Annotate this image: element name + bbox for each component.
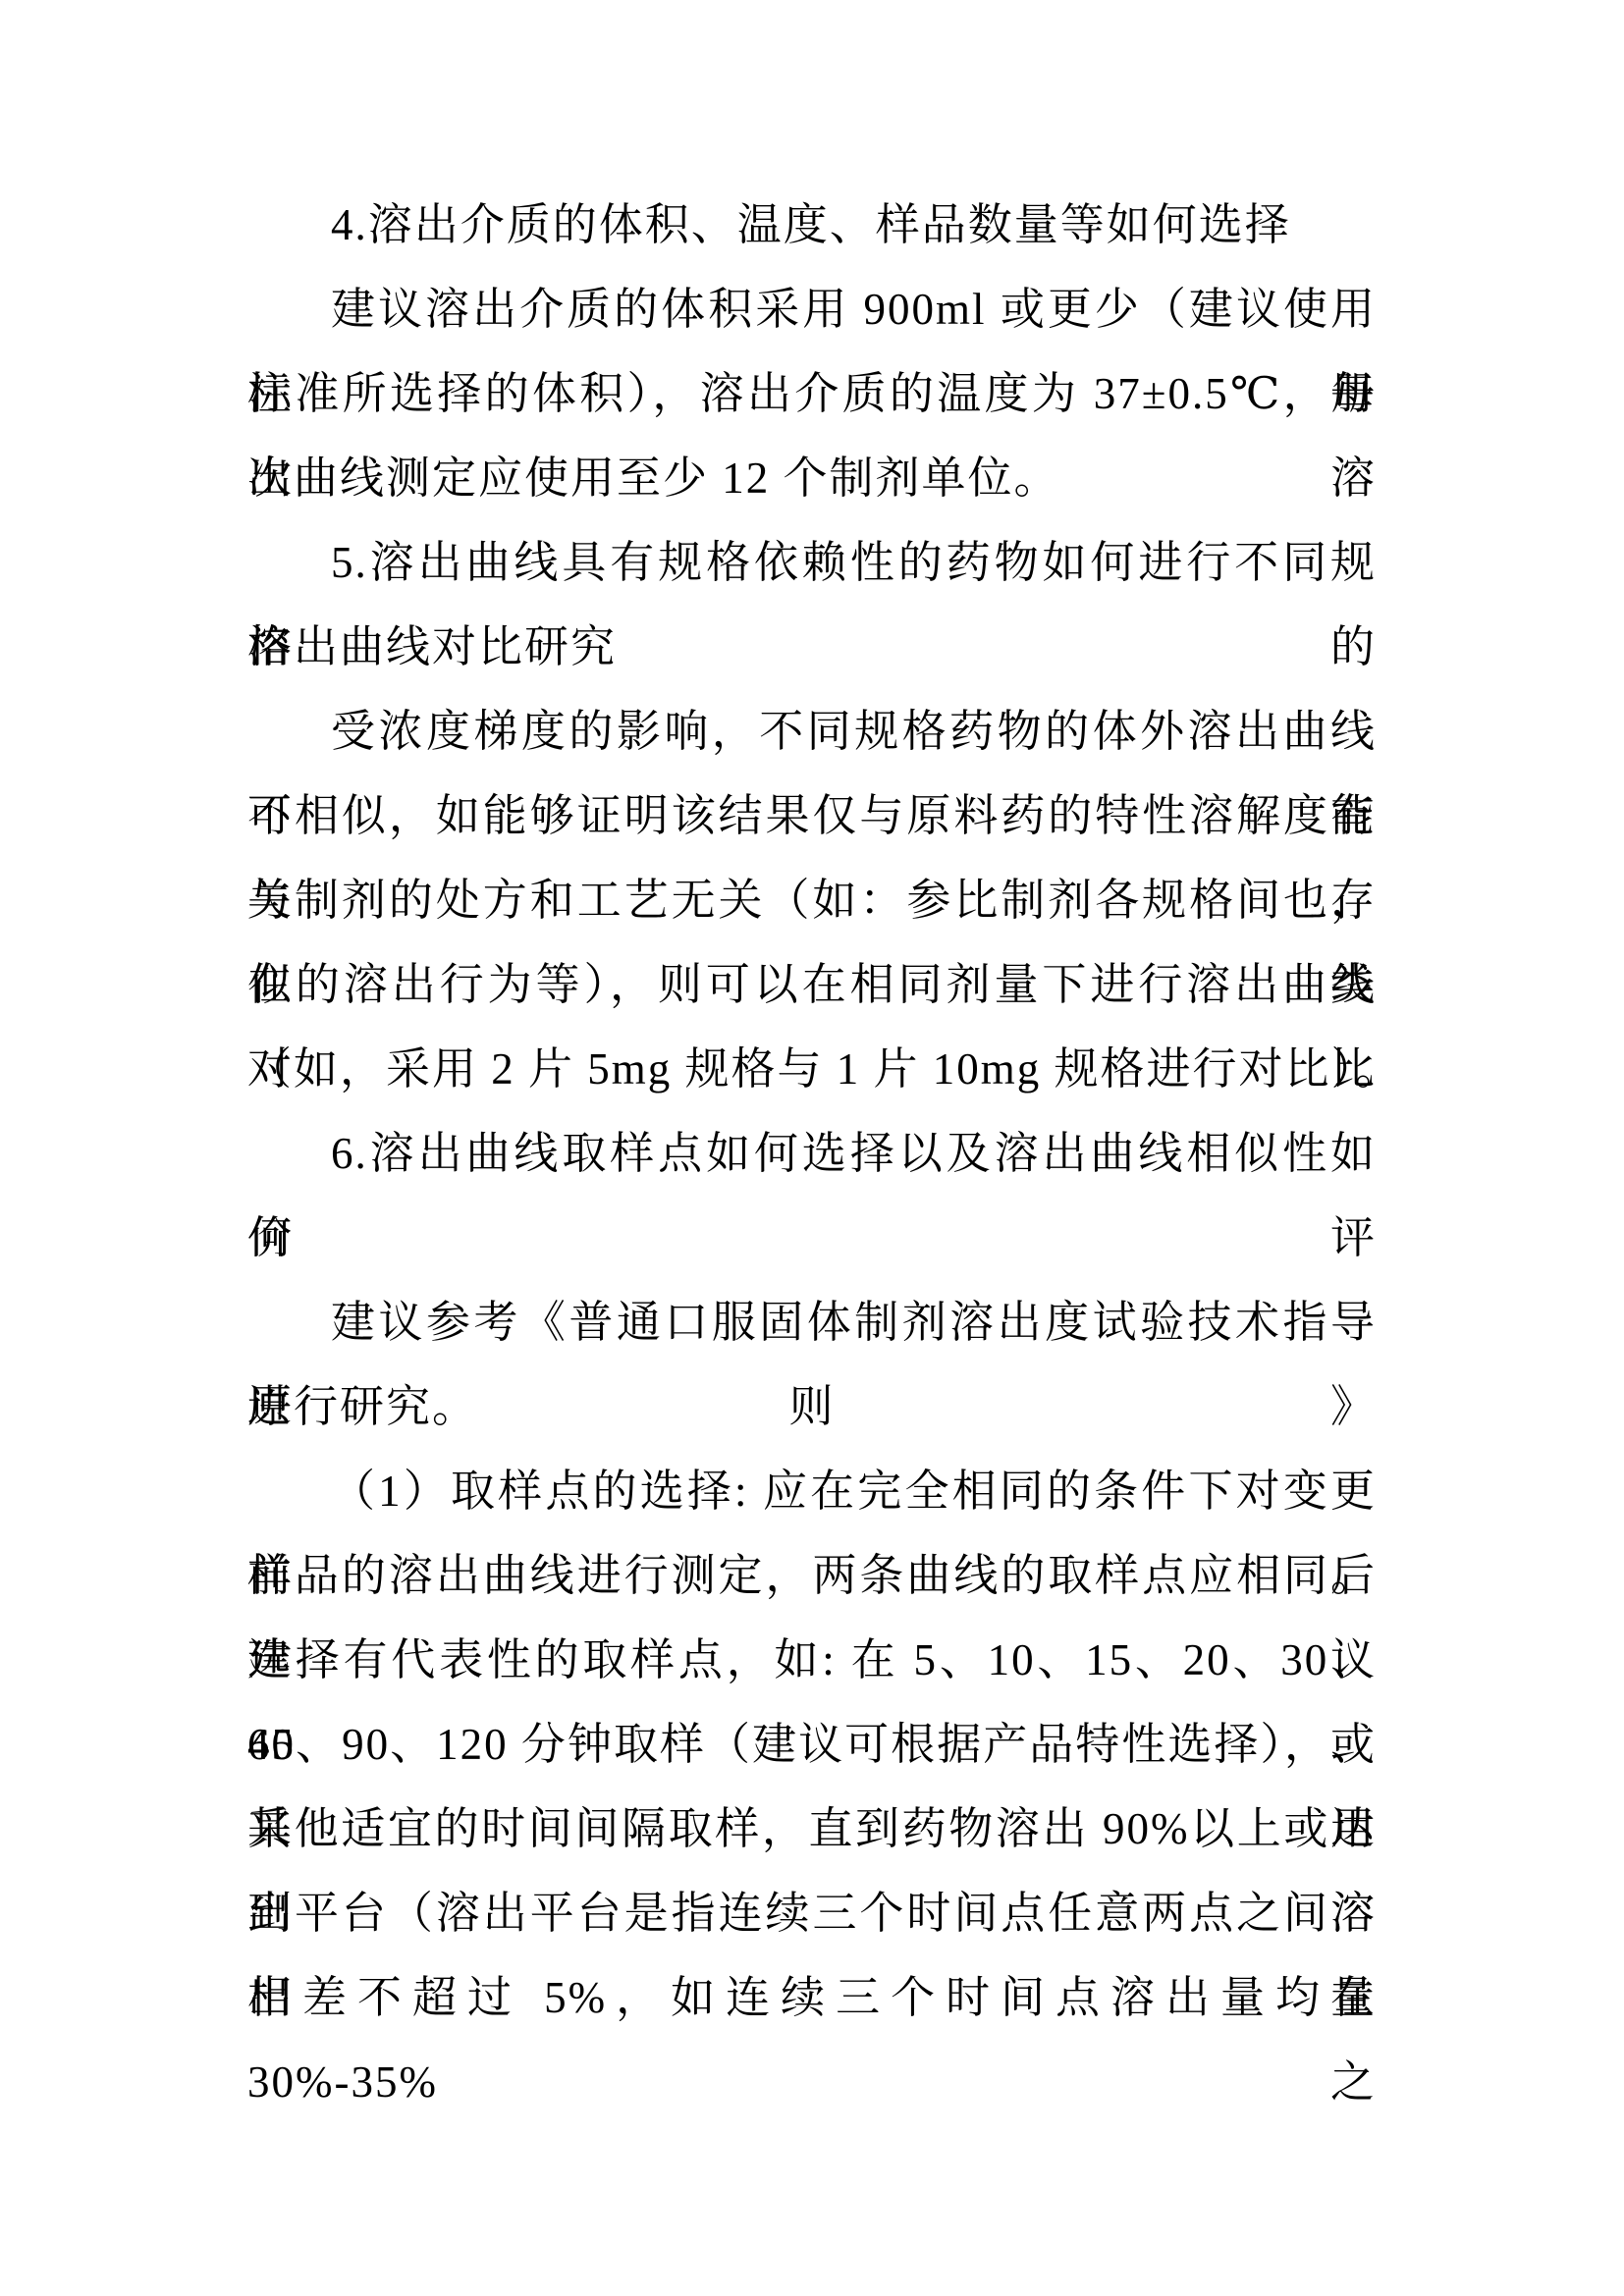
text-line: 选择有代表性的取样点，如: 在 5、10、15、20、30、45、 xyxy=(247,1618,1377,1702)
text-line-heading-6: 6.溶出曲线取样点如何选择以及溶出曲线相似性如何评 xyxy=(247,1111,1377,1196)
text-line: 与制剂的处方和工艺无关（如：参比制剂各规格间也存在类 xyxy=(247,858,1377,942)
text-line: 其他适宜的时间间隔取样，直到药物溶出 90%以上或达到溶 xyxy=(247,1787,1377,1871)
text-line: 不相似，如能够证明该结果仅与原料药的特性溶解度有关， xyxy=(247,774,1377,858)
text-line: 出平台（溶出平台是指连续三个时间点任意两点之间溶出量 xyxy=(247,1871,1377,1955)
text-line: （1）取样点的选择: 应在完全相同的条件下对变更前后 xyxy=(247,1449,1377,1533)
text-line: 受浓度梯度的影响，不同规格药物的体外溶出曲线可能 xyxy=(247,689,1377,774)
text-line-heading-4: 4.溶出介质的体积、温度、样品数量等如何选择 xyxy=(247,183,1377,267)
text-block: 4.溶出介质的体积、温度、样品数量等如何选择 建议溶出介质的体积采用 900ml… xyxy=(247,183,1377,2040)
text-line: 样品的溶出曲线进行测定，两条曲线的取样点应相同。建议 xyxy=(247,1533,1377,1618)
text-line: 60、90、120 分钟取样（建议可根据产品特性选择），或采用 xyxy=(247,1702,1377,1787)
text-line: 标准所选择的体积），溶出介质的温度为 37±0.5℃，每次溶 xyxy=(247,351,1377,436)
text-line: 建议溶出介质的体积采用 900ml 或更少（建议使用注册 xyxy=(247,267,1377,351)
text-line: 相差不超过 5%，如连续三个时间点溶出量均在 30%-35%之 xyxy=(247,1955,1377,2040)
text-line: 似的溶出行为等），则可以在相同剂量下进行溶出曲线对比 xyxy=(247,942,1377,1027)
document-page: 4.溶出介质的体积、温度、样品数量等如何选择 建议溶出介质的体积采用 900ml… xyxy=(0,0,1624,2296)
text-line: 建议参考《普通口服固体制剂溶出度试验技术指导原则》 xyxy=(247,1280,1377,1364)
text-line-heading-5: 5.溶出曲线具有规格依赖性的药物如何进行不同规格的 xyxy=(247,520,1377,605)
text-line: （如，采用 2 片 5mg 规格与 1 片 10mg 规格进行对比）。 xyxy=(247,1027,1377,1111)
